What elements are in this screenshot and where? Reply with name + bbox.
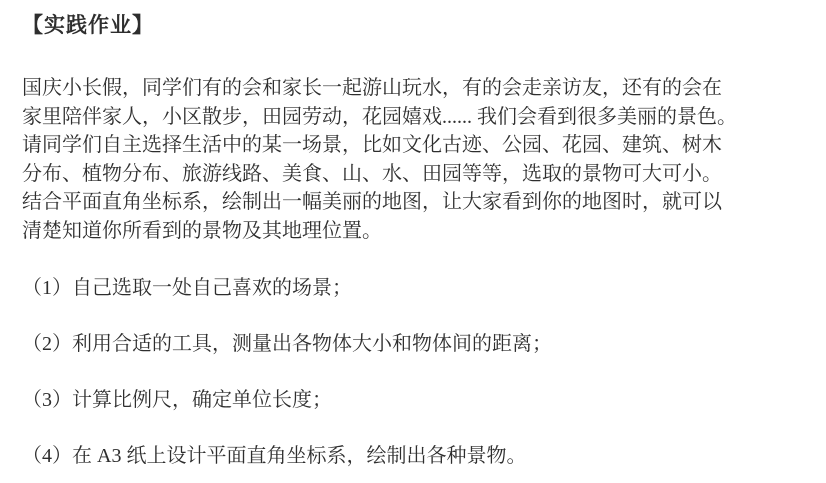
paragraph-line-6: 清楚知道你所看到的景物及其地理位置。 <box>22 217 808 246</box>
task-list: （1）自己选取一处自己喜欢的场景； （2）利用合适的工具，测量出各物体大小和物体… <box>22 276 808 468</box>
page-title: 【实践作业】 <box>22 12 808 38</box>
document-page: 【实践作业】 国庆小长假，同学们有的会和家长一起游山玩水，有的会走亲访友，还有的… <box>0 0 826 468</box>
intro-paragraph: 国庆小长假，同学们有的会和家长一起游山玩水，有的会走亲访友，还有的会在 家里陪伴… <box>22 74 808 245</box>
task-item-4: （4）在 A3 纸上设计平面直角坐标系，绘制出各种景物。 <box>22 444 808 468</box>
task-item-3: （3）计算比例尺，确定单位长度； <box>22 388 808 412</box>
paragraph-line-5: 结合平面直角坐标系，绘制出一幅美丽的地图，让大家看到你的地图时，就可以 <box>22 188 808 217</box>
paragraph-line-1: 国庆小长假，同学们有的会和家长一起游山玩水，有的会走亲访友，还有的会在 <box>22 74 808 103</box>
task-item-2: （2）利用合适的工具，测量出各物体大小和物体间的距离； <box>22 332 808 356</box>
paragraph-line-4: 分布、植物分布、旅游线路、美食、山、水、田园等等，选取的景物可大可小。 <box>22 160 808 189</box>
paragraph-line-2: 家里陪伴家人，小区散步，田园劳动，花园嬉戏...... 我们会看到很多美丽的景色… <box>22 103 808 132</box>
paragraph-line-3: 请同学们自主选择生活中的某一场景，比如文化古迹、公园、花园、建筑、树木 <box>22 131 808 160</box>
task-item-1: （1）自己选取一处自己喜欢的场景； <box>22 276 808 300</box>
